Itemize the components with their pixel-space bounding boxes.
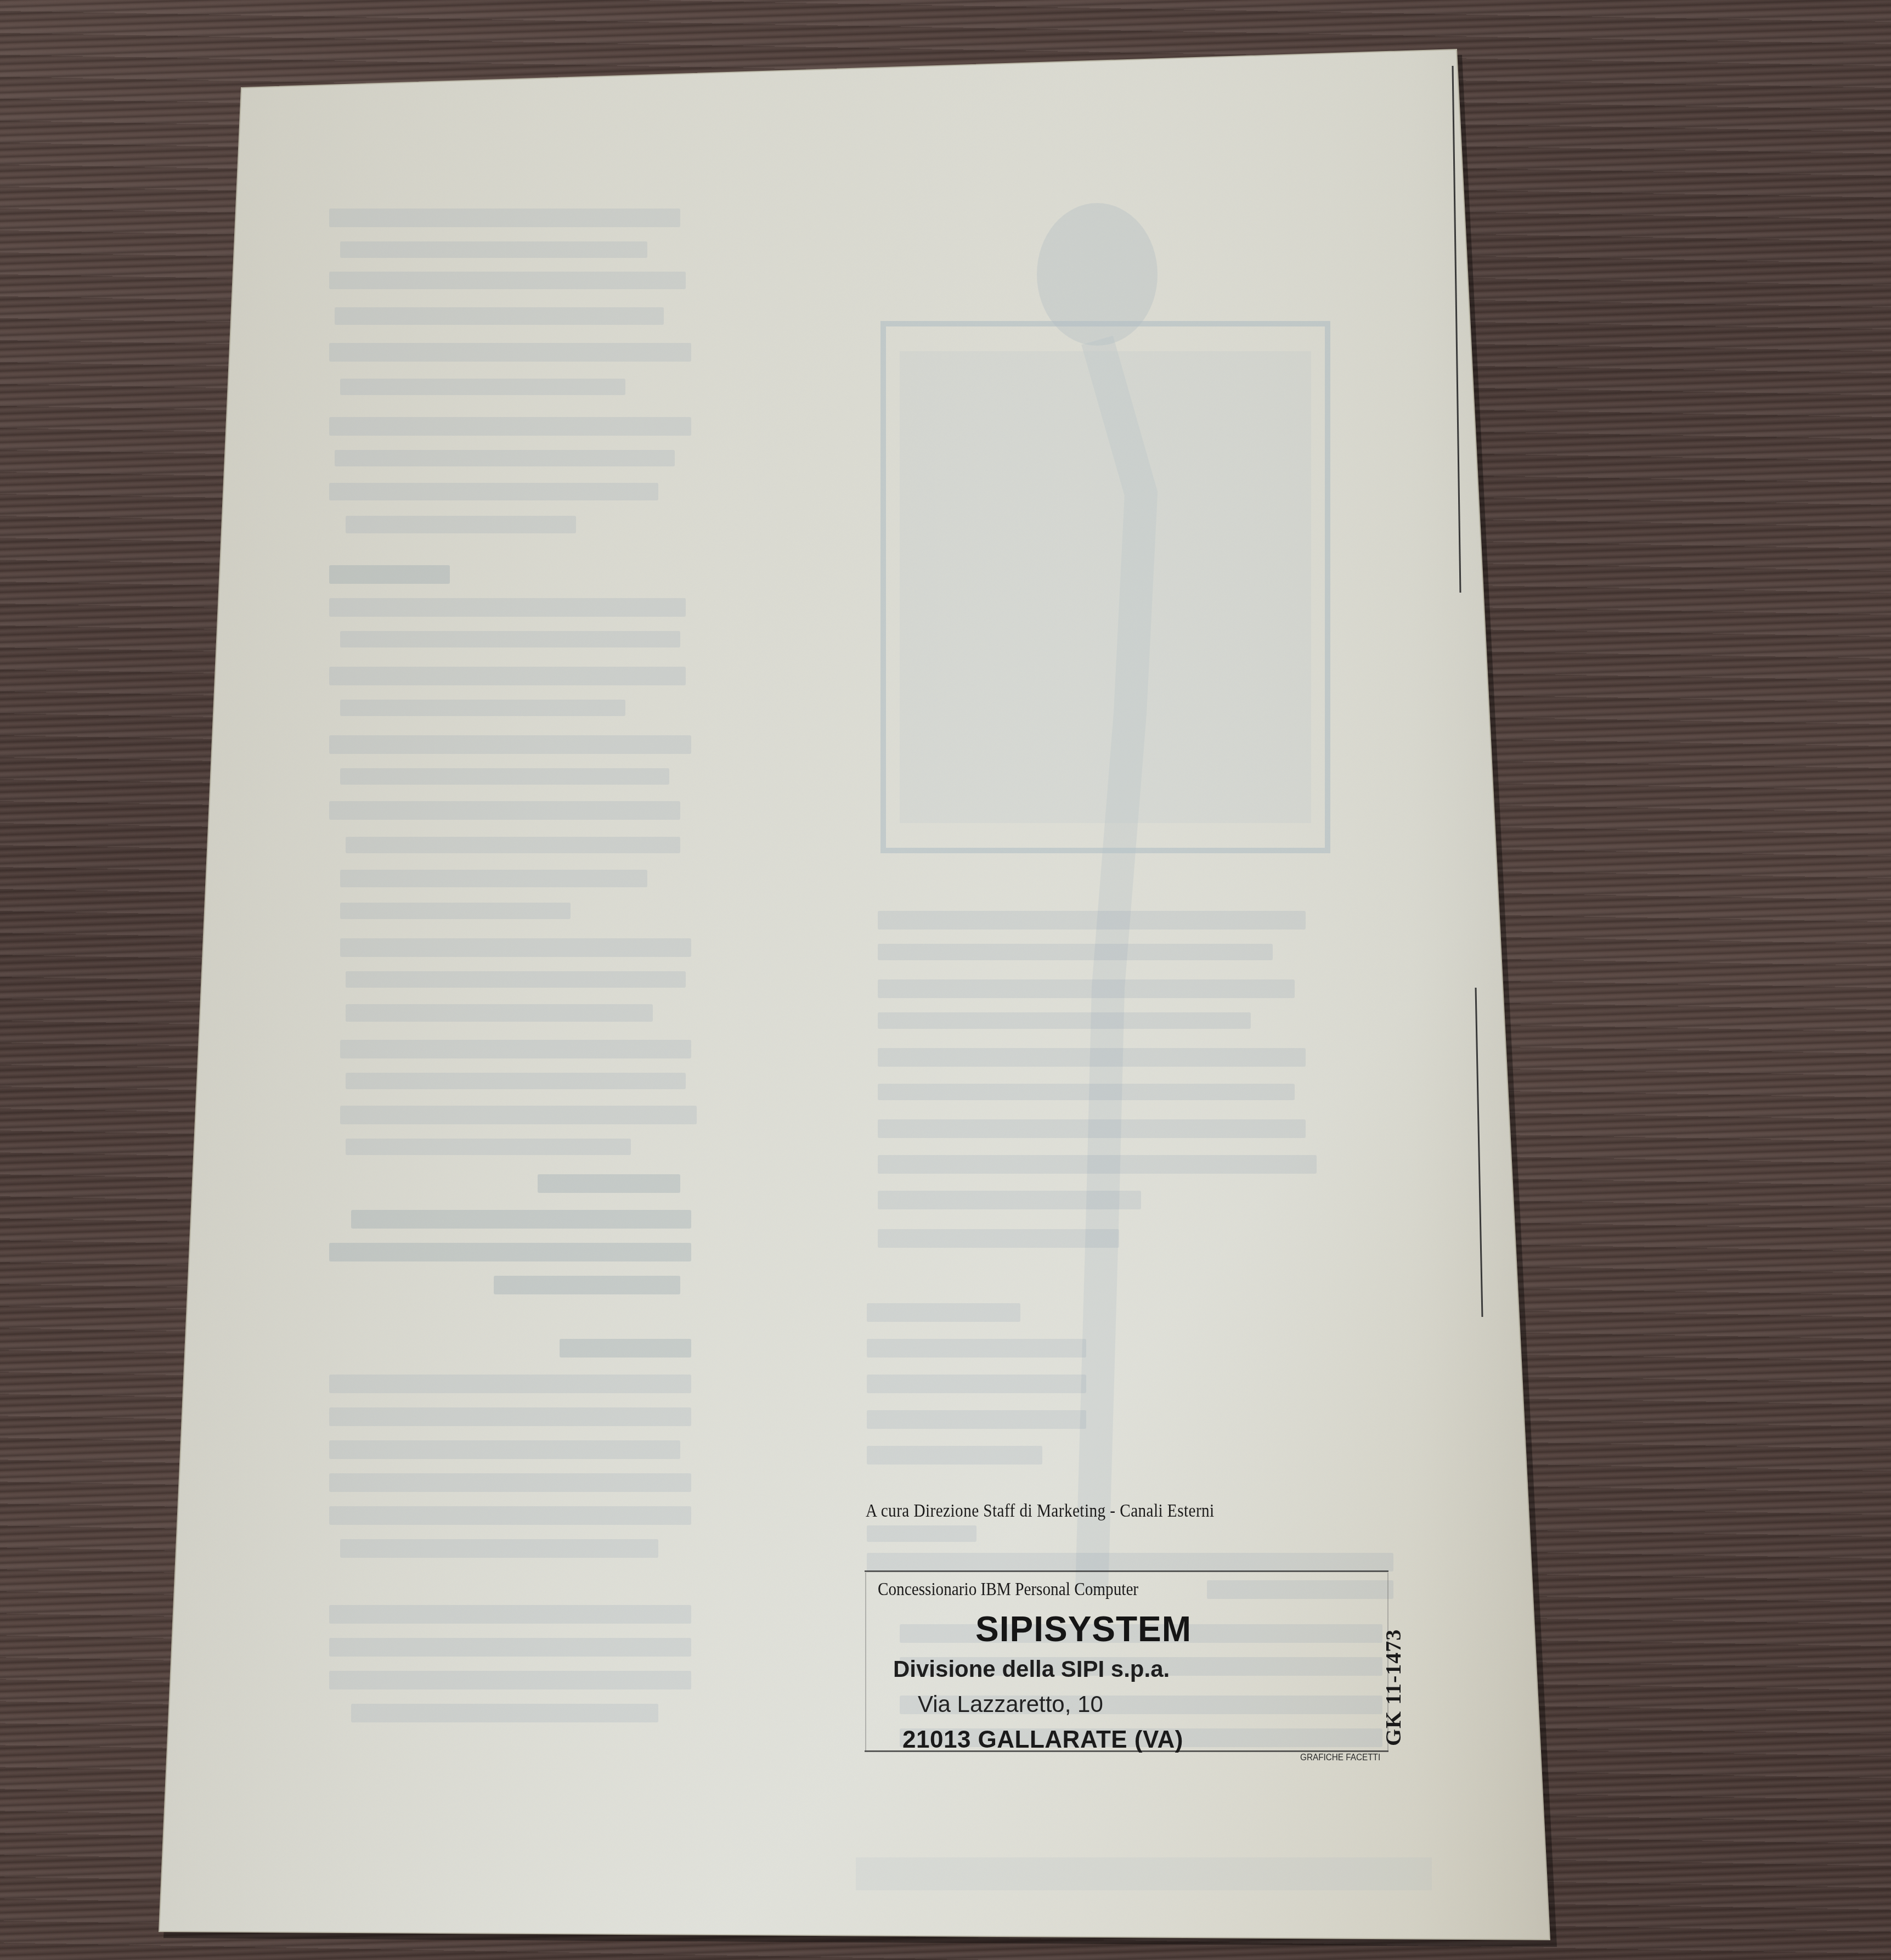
dealer-division: Divisione della SIPI s.p.a. [893,1656,1170,1682]
dealer-heading: Concessionario IBM Personal Computer [878,1579,1138,1600]
photo-stage: A cura Direzione Staff di Marketing - Ca… [0,0,1891,1960]
dealer-city: 21013 GALLARATE (VA) [902,1726,1183,1754]
credit-line: A cura Direzione Staff di Marketing - Ca… [866,1501,1215,1522]
document-code: GK 11-1473 [1380,1629,1406,1746]
stamp-left-rule [865,1573,866,1750]
dealer-street-address: Via Lazzaretto, 10 [918,1691,1103,1717]
printer-credit: GRAFICHE FACETTI [1300,1752,1380,1763]
dealer-company-name: SIPISYSTEM [975,1609,1192,1649]
stamp-top-rule [865,1570,1388,1572]
